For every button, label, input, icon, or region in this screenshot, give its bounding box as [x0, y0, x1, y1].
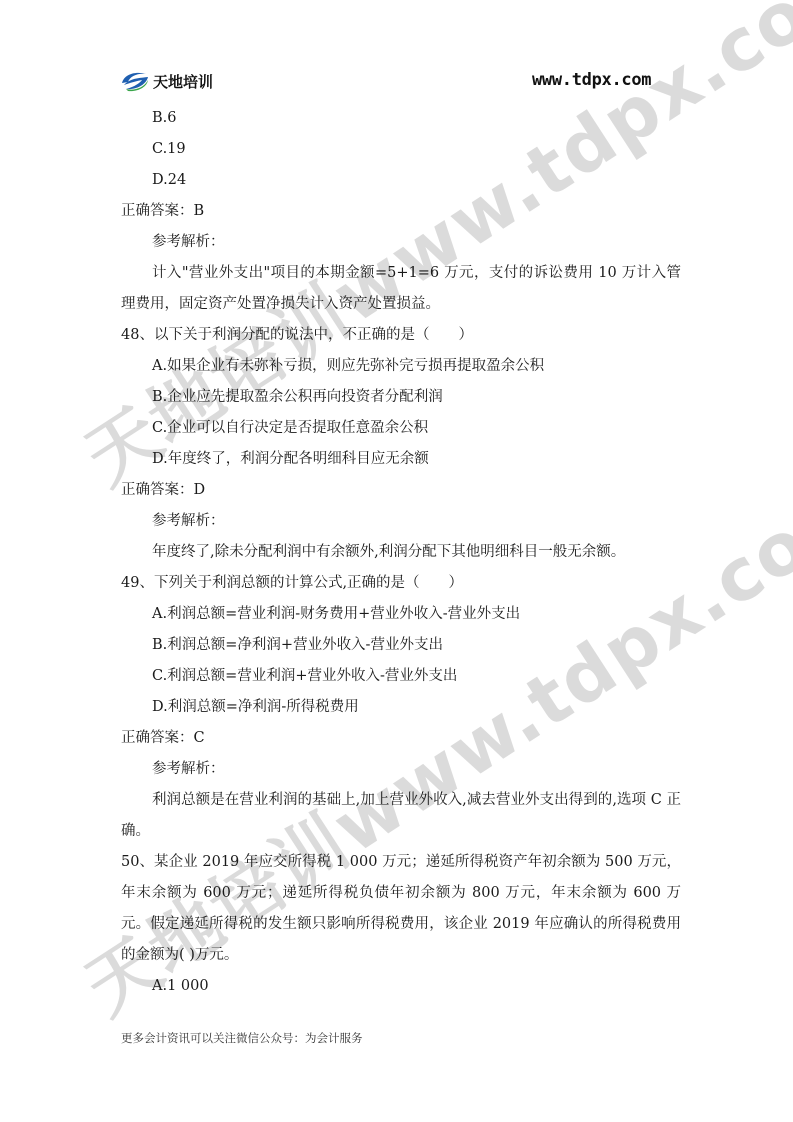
- option-a: A.如果企业有未弥补亏损，则应先弥补完亏损再提取盈余公积: [121, 351, 681, 382]
- option-b: B.利润总额=净利润+营业外收入-营业外支出: [121, 630, 681, 661]
- analysis-label: 参考解析：: [121, 754, 681, 785]
- correct-answer: 正确答案：C: [121, 723, 681, 754]
- option-d: D.年度终了，利润分配各明细科目应无余额: [121, 444, 681, 475]
- option-c: C.利润总额=营业利润+营业外收入-营业外支出: [121, 661, 681, 692]
- option-d: D.24: [121, 165, 681, 196]
- logo-text: 天地培训: [153, 71, 213, 92]
- document-body: B.6 C.19 D.24 正确答案：B 参考解析： 计入"营业外支出"项目的本…: [121, 103, 681, 1002]
- logo-swirl-icon: [120, 70, 150, 92]
- question-49: 49、下列关于利润总额的计算公式,正确的是（ ）: [121, 568, 681, 599]
- analysis-label: 参考解析：: [121, 506, 681, 537]
- page-header: 天地培训 www.tdpx.com: [0, 0, 793, 100]
- site-url[interactable]: www.tdpx.com: [532, 70, 651, 90]
- analysis-text: 利润总额是在营业利润的基础上,加上营业外收入,减去营业外支出得到的,选项 C 正…: [121, 785, 681, 847]
- analysis-text: 计入"营业外支出"项目的本期金额=5+1=6 万元，支付的诉讼费用 10 万计入…: [121, 258, 681, 320]
- option-a: A.利润总额=营业利润-财务费用+营业外收入-营业外支出: [121, 599, 681, 630]
- page-footer: 更多会计资讯可以关注微信公众号：为会计服务: [121, 1030, 363, 1046]
- option-c: C.企业可以自行决定是否提取任意盈余公积: [121, 413, 681, 444]
- option-d: D.利润总额=净利润-所得税费用: [121, 692, 681, 723]
- option-c: C.19: [121, 134, 681, 165]
- option-a: A.1 000: [121, 971, 681, 1002]
- correct-answer: 正确答案：D: [121, 475, 681, 506]
- option-b: B.企业应先提取盈余公积再向投资者分配利润: [121, 382, 681, 413]
- question-48: 48、以下关于利润分配的说法中，不正确的是（ ）: [121, 320, 681, 351]
- option-b: B.6: [121, 103, 681, 134]
- correct-answer: 正确答案：B: [121, 196, 681, 227]
- analysis-text: 年度终了,除未分配利润中有余额外,利润分配下其他明细科目一般无余额。: [121, 537, 681, 568]
- analysis-label: 参考解析：: [121, 227, 681, 258]
- question-50: 50、某企业 2019 年应交所得税 1 000 万元；递延所得税资产年初余额为…: [121, 847, 681, 971]
- brand-logo: 天地培训: [120, 69, 213, 93]
